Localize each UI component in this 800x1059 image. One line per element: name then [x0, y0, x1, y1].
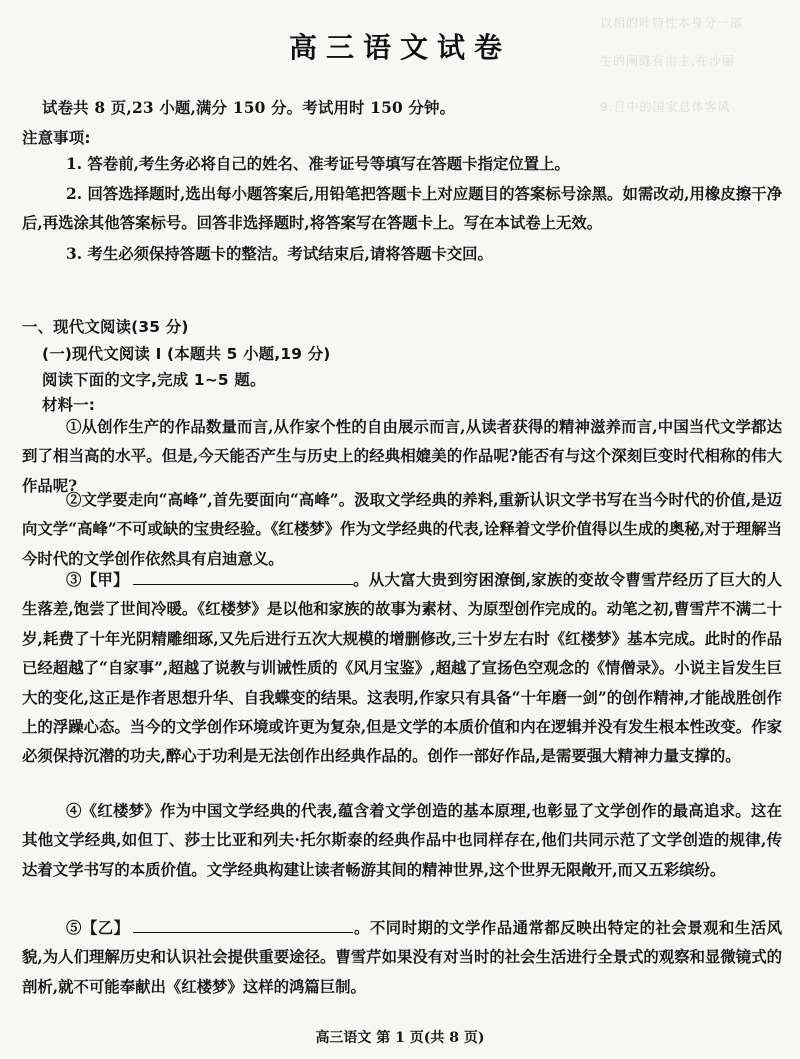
blank-label-yi: ⑤【乙】 — [66, 919, 129, 937]
paragraph-4: ④《红楼梦》作为中国文学经典的代表,蕴含着文学创造的基本原理,也彰显了文学创作的… — [22, 797, 782, 885]
notice-3: 3. 考生必须保持答题卡的整洁。考试结束后,请将答题卡交回。 — [22, 240, 782, 269]
page-footer: 高三语文 第 1 页(共 8 页) — [0, 1027, 800, 1047]
paragraph-3: ③【甲】。从大富大贵到穷困潦倒,家族的变故令曹雪芹经历了巨大的人生落差,饱尝了世… — [22, 566, 782, 772]
exam-page: 以相的叶特性本身分一部 生的阐缝有由主,在沙丽 9.目中的国家总体客风 高三语文… — [0, 0, 800, 1059]
exam-title: 高三语文试卷 — [0, 26, 800, 66]
paragraph-3-text: 。从大富大贵到穷困潦倒,家族的变故令曹雪芹经历了巨大的人生落差,饱尝了世间冷暖。… — [22, 571, 782, 765]
notice-2: 2. 回答选择题时,选出每小题答案后,用铅笔把答题卡上对应题目的答案标号涂黑。如… — [22, 180, 782, 239]
subsection-heading: (一)现代文阅读 I (本题共 5 小题,19 分) — [42, 342, 331, 364]
answer-blank-jia — [133, 570, 353, 585]
notice-heading: 注意事项: — [22, 126, 91, 148]
answer-blank-yi — [133, 918, 353, 933]
material-label: 材料一: — [42, 393, 95, 415]
notice-1: 1. 答卷前,考生务必将自己的姓名、准考证号等填写在答题卡指定位置上。 — [22, 150, 782, 179]
paragraph-2: ②文学要走向“高峰”,首先要面向“高峰”。汲取文学经典的养料,重新认识文学书写在… — [22, 486, 782, 574]
bleed-through-text: 9.目中的国家总体客风 — [600, 98, 730, 115]
blank-label-jia: ③【甲】 — [66, 571, 129, 589]
paragraph-5: ⑤【乙】。不同时期的文学作品通常都反映出特定的社会景观和生活风貌,为人们理解历史… — [22, 914, 782, 1002]
exam-intro: 试卷共 8 页,23 小题,满分 150 分。考试用时 150 分钟。 — [42, 96, 455, 118]
section-heading: 一、现代文阅读(35 分) — [22, 315, 189, 337]
reading-instruction: 阅读下面的文字,完成 1~5 题。 — [42, 368, 266, 390]
